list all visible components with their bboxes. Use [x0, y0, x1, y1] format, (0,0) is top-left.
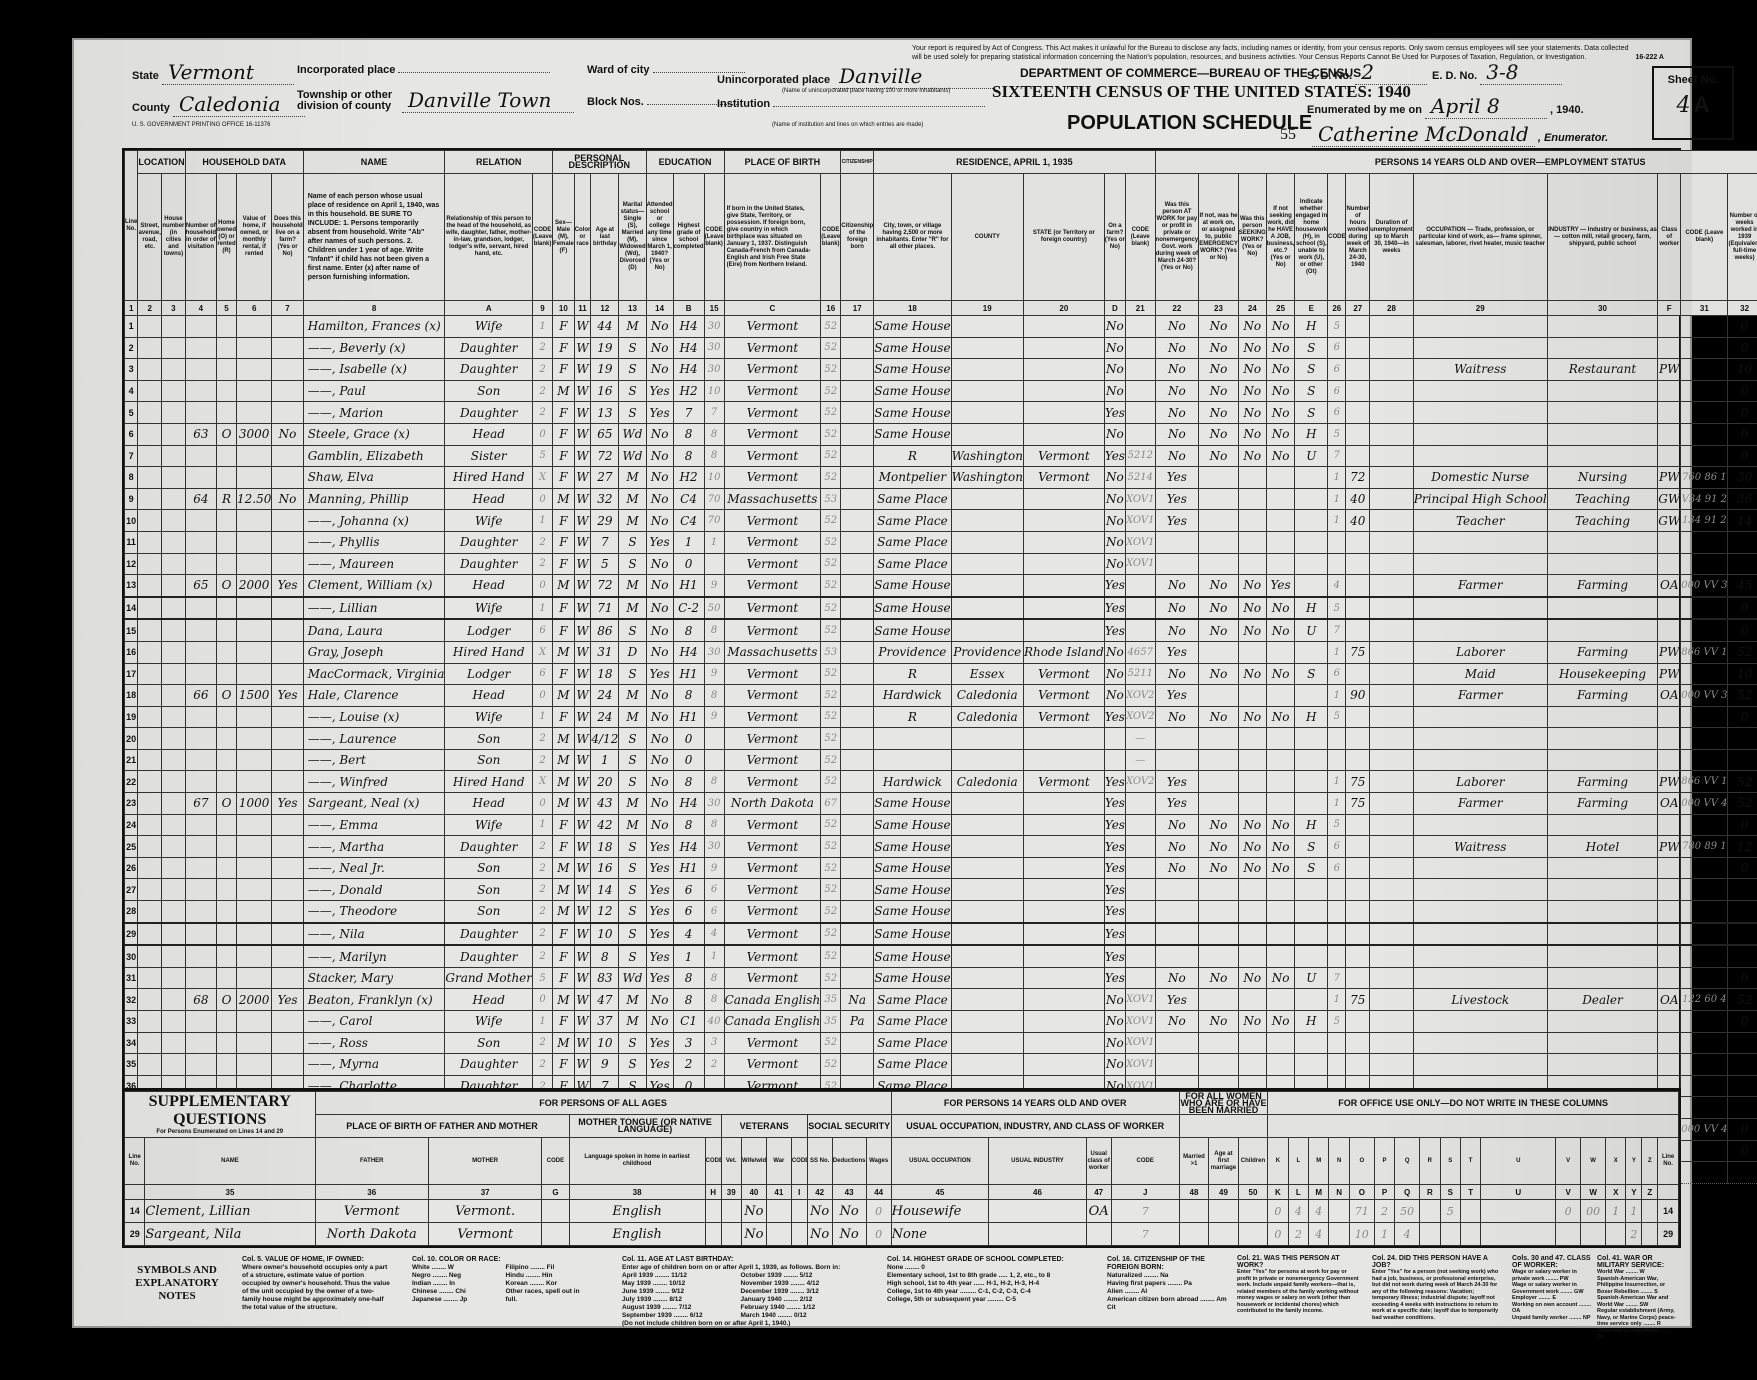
cell-birth[interactable]: Vermont — [724, 923, 821, 946]
cell-c2[interactable] — [162, 510, 186, 532]
cell-f[interactable] — [1681, 1011, 1728, 1033]
cell-w21[interactable] — [1155, 1054, 1199, 1076]
cell-e[interactable] — [1328, 945, 1346, 967]
cell-dur[interactable] — [1370, 337, 1414, 359]
cell-w21[interactable]: Yes — [1155, 771, 1199, 793]
cell-f[interactable]: 000 VV 3 — [1681, 575, 1728, 597]
cell-c[interactable]: 52 — [821, 685, 841, 707]
cell-b[interactable]: 10 — [704, 467, 724, 489]
cell-c[interactable]: 52 — [821, 879, 841, 901]
cell-county[interactable] — [951, 728, 1023, 750]
cell-w23[interactable] — [1238, 945, 1266, 967]
cell-val[interactable] — [237, 467, 272, 489]
cell-e[interactable] — [1328, 749, 1346, 771]
cell-w25[interactable] — [1295, 771, 1328, 793]
cell-race[interactable]: W — [574, 749, 591, 771]
cell-w22[interactable] — [1199, 793, 1239, 815]
cell-wks[interactable] — [1728, 879, 1757, 901]
cell-d[interactable]: 5214 — [1125, 467, 1155, 489]
cell-c2[interactable] — [162, 337, 186, 359]
cell-dur[interactable] — [1370, 945, 1414, 967]
cell-sex[interactable]: F — [553, 945, 575, 967]
cell-onfarm[interactable]: Yes — [1104, 597, 1125, 620]
supp-cell-w48[interactable] — [1179, 1200, 1208, 1223]
cell-w24[interactable]: No — [1266, 402, 1295, 424]
cell-c[interactable]: 52 — [821, 923, 841, 946]
cell-birth[interactable]: Vermont — [724, 901, 821, 923]
cell-cit[interactable] — [841, 619, 874, 641]
cell-c1[interactable] — [138, 879, 162, 901]
cell-e[interactable]: 1 — [1328, 510, 1346, 532]
cell-hh[interactable] — [185, 380, 216, 402]
cell-f[interactable] — [1681, 1162, 1728, 1184]
cell-farm[interactable] — [272, 402, 303, 424]
cell-grade[interactable]: H1 — [673, 706, 704, 728]
cell-w25[interactable] — [1295, 901, 1328, 923]
cell-w22[interactable] — [1199, 1032, 1239, 1054]
cell-cls[interactable] — [1658, 445, 1681, 467]
cell-a[interactable]: 2 — [533, 728, 553, 750]
cell-hh[interactable] — [185, 445, 216, 467]
cell-f[interactable] — [1681, 359, 1728, 381]
cell-onfarm[interactable]: No — [1104, 423, 1125, 445]
cell-rel[interactable]: Son — [445, 380, 533, 402]
cell-c[interactable]: 52 — [821, 814, 841, 836]
cell-own[interactable]: O — [217, 575, 237, 597]
cell-w23[interactable] — [1238, 749, 1266, 771]
supp-cell-name[interactable]: Sargeant, Nila — [145, 1223, 315, 1246]
cell-occ[interactable] — [1413, 337, 1547, 359]
cell-wks[interactable]: 0 — [1728, 706, 1757, 728]
cell-c1[interactable] — [138, 945, 162, 967]
cell-name[interactable]: ——, Marion — [303, 402, 445, 424]
cell-f[interactable] — [1681, 531, 1728, 553]
cell-mar[interactable]: S — [619, 901, 646, 923]
cell-w25[interactable]: S — [1295, 836, 1328, 858]
cell-birth[interactable]: North Dakota — [724, 793, 821, 815]
cell-c2[interactable] — [162, 901, 186, 923]
enumerator-name[interactable]: Catherine McDonald — [1312, 122, 1535, 147]
cell-city[interactable]: Same House — [874, 923, 951, 946]
cell-w22[interactable]: No — [1199, 445, 1239, 467]
cell-cls[interactable] — [1658, 380, 1681, 402]
cell-b[interactable]: 8 — [704, 685, 724, 707]
cell-hh[interactable] — [185, 597, 216, 620]
supp-cell-ind[interactable] — [989, 1223, 1087, 1246]
cell-own[interactable] — [217, 619, 237, 641]
cell-w21[interactable]: No — [1155, 316, 1199, 338]
cell-sch[interactable]: No — [646, 423, 673, 445]
cell-cit[interactable] — [841, 575, 874, 597]
cell-name[interactable]: ——, Emma — [303, 814, 445, 836]
cell-wks[interactable] — [1728, 749, 1757, 771]
cell-ind[interactable] — [1547, 749, 1658, 771]
cell-c1[interactable] — [138, 706, 162, 728]
cell-city[interactable]: R — [874, 706, 951, 728]
cell-w25[interactable]: S — [1295, 663, 1328, 685]
cell-dur[interactable] — [1370, 553, 1414, 575]
cell-val[interactable] — [237, 1054, 272, 1076]
cell-sch[interactable]: Yes — [646, 923, 673, 946]
cell-occ[interactable] — [1413, 619, 1547, 641]
cell-hrs[interactable] — [1346, 1011, 1370, 1033]
cell-rel[interactable]: Daughter — [445, 923, 533, 946]
cell-rel[interactable]: Son — [445, 901, 533, 923]
cell-cls[interactable] — [1658, 597, 1681, 620]
cell-city[interactable]: Same House — [874, 619, 951, 641]
cell-w22[interactable]: No — [1199, 337, 1239, 359]
cell-wks[interactable]: 0 — [1728, 445, 1757, 467]
cell-rel[interactable]: Head — [445, 793, 533, 815]
cell-hh[interactable] — [185, 663, 216, 685]
cell-wks[interactable]: 0 — [1728, 402, 1757, 424]
cell-st[interactable] — [1023, 879, 1104, 901]
cell-cit[interactable] — [841, 597, 874, 620]
cell-c1[interactable] — [138, 488, 162, 510]
cell-d[interactable]: XOV2 — [1125, 706, 1155, 728]
cell-own[interactable] — [217, 728, 237, 750]
cell-e[interactable]: 5 — [1328, 316, 1346, 338]
cell-county[interactable] — [951, 857, 1023, 879]
cell-cls[interactable]: PW — [1658, 836, 1681, 858]
cell-sch[interactable]: No — [646, 989, 673, 1011]
cell-occ[interactable] — [1413, 553, 1547, 575]
cell-w25[interactable]: U — [1295, 619, 1328, 641]
cell-grade[interactable]: H4 — [673, 316, 704, 338]
cell-sch[interactable]: Yes — [646, 663, 673, 685]
cell-county[interactable] — [951, 423, 1023, 445]
cell-sex[interactable]: M — [553, 749, 575, 771]
cell-st[interactable]: Vermont — [1023, 685, 1104, 707]
cell-grade[interactable]: 1 — [673, 945, 704, 967]
cell-a[interactable]: 6 — [533, 663, 553, 685]
cell-hrs[interactable]: 75 — [1346, 989, 1370, 1011]
ed-value[interactable]: 3-8 — [1480, 60, 1562, 85]
cell-race[interactable]: W — [574, 445, 591, 467]
cell-race[interactable]: W — [574, 967, 591, 989]
cell-race[interactable]: W — [574, 663, 591, 685]
cell-occ[interactable] — [1413, 1032, 1547, 1054]
cell-a[interactable]: 6 — [533, 619, 553, 641]
cell-sex[interactable]: M — [553, 641, 575, 663]
cell-occ[interactable] — [1413, 531, 1547, 553]
cell-d[interactable]: XOV1 — [1125, 510, 1155, 532]
cell-a[interactable]: 2 — [533, 945, 553, 967]
cell-cit[interactable] — [841, 945, 874, 967]
cell-name[interactable]: ——, Theodore — [303, 901, 445, 923]
cell-rel[interactable]: Lodger — [445, 663, 533, 685]
cell-rel[interactable]: Hired Hand — [445, 641, 533, 663]
cell-own[interactable] — [217, 510, 237, 532]
cell-w25[interactable] — [1295, 1032, 1328, 1054]
cell-wks[interactable] — [1728, 1075, 1757, 1097]
cell-sch[interactable]: Yes — [646, 380, 673, 402]
cell-val[interactable] — [237, 510, 272, 532]
cell-c2[interactable] — [162, 445, 186, 467]
cell-city[interactable]: Same House — [874, 901, 951, 923]
cell-age[interactable]: 32 — [591, 488, 619, 510]
cell-c2[interactable] — [162, 663, 186, 685]
cell-grade[interactable]: 0 — [673, 728, 704, 750]
cell-city[interactable]: R — [874, 663, 951, 685]
cell-c2[interactable] — [162, 597, 186, 620]
cell-w25[interactable] — [1295, 488, 1328, 510]
cell-w23[interactable] — [1238, 685, 1266, 707]
cell-c1[interactable] — [138, 901, 162, 923]
cell-mar[interactable]: M — [619, 467, 646, 489]
cell-mar[interactable]: M — [619, 316, 646, 338]
cell-w22[interactable] — [1199, 531, 1239, 553]
supp-cell-j[interactable]: 7 — [1111, 1223, 1179, 1246]
cell-occ[interactable] — [1413, 728, 1547, 750]
cell-rel[interactable]: Head — [445, 488, 533, 510]
cell-sex[interactable]: M — [553, 901, 575, 923]
cell-onfarm[interactable]: Yes — [1104, 879, 1125, 901]
cell-race[interactable]: W — [574, 359, 591, 381]
cell-wks[interactable]: 0 — [1728, 380, 1757, 402]
cell-birth[interactable]: Vermont — [724, 445, 821, 467]
cell-farm[interactable] — [272, 553, 303, 575]
cell-county[interactable] — [951, 989, 1023, 1011]
cell-w21[interactable]: No — [1155, 836, 1199, 858]
cell-f[interactable]: 866 VV 1 — [1681, 771, 1728, 793]
cell-w25[interactable]: H — [1295, 316, 1328, 338]
cell-cls[interactable] — [1658, 337, 1681, 359]
cell-grade[interactable]: 1 — [673, 531, 704, 553]
cell-b[interactable]: 70 — [704, 488, 724, 510]
cell-st[interactable] — [1023, 728, 1104, 750]
cell-race[interactable]: W — [574, 488, 591, 510]
cell-st[interactable] — [1023, 380, 1104, 402]
cell-farm[interactable] — [272, 619, 303, 641]
cell-w24[interactable] — [1266, 771, 1295, 793]
cell-w23[interactable] — [1238, 728, 1266, 750]
cell-race[interactable]: W — [574, 380, 591, 402]
supp-cell-z[interactable] — [1642, 1200, 1658, 1223]
cell-c2[interactable] — [162, 879, 186, 901]
cell-sex[interactable]: F — [553, 836, 575, 858]
cell-onfarm[interactable] — [1104, 728, 1125, 750]
cell-farm[interactable] — [272, 1011, 303, 1033]
cell-mar[interactable]: M — [619, 706, 646, 728]
cell-mar[interactable]: M — [619, 510, 646, 532]
cell-hh[interactable] — [185, 923, 216, 946]
cell-county[interactable] — [951, 510, 1023, 532]
cell-c1[interactable] — [138, 967, 162, 989]
cell-mar[interactable]: S — [619, 1032, 646, 1054]
cell-cit[interactable] — [841, 857, 874, 879]
cell-c2[interactable] — [162, 814, 186, 836]
cell-e[interactable]: 1 — [1328, 793, 1346, 815]
cell-w24[interactable]: No — [1266, 597, 1295, 620]
cell-hh[interactable] — [185, 359, 216, 381]
cell-w21[interactable]: No — [1155, 814, 1199, 836]
cell-cls[interactable]: OA — [1658, 793, 1681, 815]
cell-name[interactable]: ——, Johanna (x) — [303, 510, 445, 532]
cell-sex[interactable]: M — [553, 857, 575, 879]
cell-w23[interactable]: No — [1238, 967, 1266, 989]
cell-c2[interactable] — [162, 380, 186, 402]
cell-sch[interactable]: Yes — [646, 1054, 673, 1076]
cell-birth[interactable]: Vermont — [724, 728, 821, 750]
cell-onfarm[interactable]: Yes — [1104, 575, 1125, 597]
supp-cell-w[interactable] — [1581, 1223, 1606, 1246]
cell-a[interactable]: 2 — [533, 1032, 553, 1054]
cell-farm[interactable] — [272, 836, 303, 858]
cell-name[interactable]: ——, Phyllis — [303, 531, 445, 553]
cell-a[interactable]: 2 — [533, 531, 553, 553]
cell-w23[interactable] — [1238, 488, 1266, 510]
supp-cell-p[interactable]: 2 — [1374, 1200, 1394, 1223]
cell-w21[interactable] — [1155, 553, 1199, 575]
cell-c[interactable]: 67 — [821, 793, 841, 815]
cell-c[interactable]: 52 — [821, 553, 841, 575]
cell-birth[interactable]: Vermont — [724, 749, 821, 771]
cell-onfarm[interactable]: No — [1104, 685, 1125, 707]
cell-w21[interactable]: No — [1155, 1011, 1199, 1033]
cell-mar[interactable]: S — [619, 879, 646, 901]
cell-w25[interactable] — [1295, 989, 1328, 1011]
cell-rel[interactable]: Daughter — [445, 836, 533, 858]
cell-c2[interactable] — [162, 488, 186, 510]
cell-age[interactable]: 71 — [591, 597, 619, 620]
cell-f[interactable] — [1681, 879, 1728, 901]
cell-onfarm[interactable]: No — [1104, 510, 1125, 532]
cell-w21[interactable]: No — [1155, 359, 1199, 381]
cell-w23[interactable] — [1238, 467, 1266, 489]
cell-b[interactable]: 1 — [704, 945, 724, 967]
cell-occ[interactable] — [1413, 901, 1547, 923]
cell-ind[interactable] — [1547, 423, 1658, 445]
cell-race[interactable]: W — [574, 793, 591, 815]
cell-wks[interactable] — [1728, 1054, 1757, 1076]
cell-mar[interactable]: S — [619, 857, 646, 879]
cell-grade[interactable]: 8 — [673, 989, 704, 1011]
cell-val[interactable] — [237, 1011, 272, 1033]
cell-mar[interactable]: M — [619, 1011, 646, 1033]
cell-occ[interactable]: Laborer — [1413, 771, 1547, 793]
cell-st[interactable] — [1023, 836, 1104, 858]
cell-ind[interactable] — [1547, 445, 1658, 467]
cell-d[interactable] — [1125, 901, 1155, 923]
cell-wks[interactable]: 52 — [1728, 989, 1757, 1011]
cell-rel[interactable]: Head — [445, 423, 533, 445]
cell-birth[interactable]: Vermont — [724, 402, 821, 424]
cell-a[interactable]: X — [533, 641, 553, 663]
cell-age[interactable]: 4/12 — [591, 728, 619, 750]
cell-st[interactable] — [1023, 989, 1104, 1011]
supp-cell-t[interactable] — [1460, 1200, 1480, 1223]
cell-w25[interactable]: U — [1295, 445, 1328, 467]
cell-city[interactable] — [874, 728, 951, 750]
cell-rel[interactable]: Head — [445, 685, 533, 707]
cell-birth[interactable]: Vermont — [724, 879, 821, 901]
cell-county[interactable] — [951, 967, 1023, 989]
cell-e[interactable]: 7 — [1328, 619, 1346, 641]
cell-birth[interactable]: Vermont — [724, 337, 821, 359]
cell-c1[interactable] — [138, 728, 162, 750]
cell-e[interactable]: 6 — [1328, 359, 1346, 381]
cell-county[interactable]: Essex — [951, 663, 1023, 685]
cell-c[interactable]: 52 — [821, 619, 841, 641]
cell-mar[interactable]: M — [619, 793, 646, 815]
cell-w23[interactable]: No — [1238, 663, 1266, 685]
cell-b[interactable]: 8 — [704, 771, 724, 793]
cell-farm[interactable] — [272, 380, 303, 402]
cell-sch[interactable]: No — [646, 316, 673, 338]
cell-cls[interactable] — [1658, 1011, 1681, 1033]
cell-ind[interactable] — [1547, 945, 1658, 967]
cell-birth[interactable]: Vermont — [724, 1032, 821, 1054]
cell-own[interactable] — [217, 531, 237, 553]
cell-sex[interactable]: F — [553, 619, 575, 641]
cell-sex[interactable]: M — [553, 879, 575, 901]
cell-rel[interactable]: Daughter — [445, 402, 533, 424]
cell-county[interactable] — [951, 879, 1023, 901]
cell-occ[interactable]: Farmer — [1413, 793, 1547, 815]
cell-occ[interactable]: Maid — [1413, 663, 1547, 685]
cell-sex[interactable]: F — [553, 1054, 575, 1076]
cell-val[interactable] — [237, 728, 272, 750]
cell-c1[interactable] — [138, 531, 162, 553]
cell-w25[interactable] — [1295, 510, 1328, 532]
cell-st[interactable] — [1023, 619, 1104, 641]
cell-own[interactable]: O — [217, 423, 237, 445]
cell-farm[interactable] — [272, 749, 303, 771]
cell-w23[interactable]: No — [1238, 316, 1266, 338]
cell-name[interactable]: ——, Winfred — [303, 771, 445, 793]
cell-sch[interactable]: Yes — [646, 879, 673, 901]
cell-sch[interactable]: No — [646, 467, 673, 489]
cell-val[interactable] — [237, 597, 272, 620]
cell-sch[interactable]: No — [646, 619, 673, 641]
cell-hh[interactable] — [185, 857, 216, 879]
cell-a[interactable]: 1 — [533, 510, 553, 532]
cell-ind[interactable] — [1547, 706, 1658, 728]
cell-c[interactable]: 52 — [821, 1054, 841, 1076]
cell-name[interactable]: ——, Isabelle (x) — [303, 359, 445, 381]
cell-county[interactable]: Caledonia — [951, 771, 1023, 793]
cell-w22[interactable]: No — [1199, 359, 1239, 381]
cell-onfarm[interactable]: No — [1104, 531, 1125, 553]
cell-st[interactable]: Vermont — [1023, 445, 1104, 467]
cell-birth[interactable]: Vermont — [724, 467, 821, 489]
cell-occ[interactable] — [1413, 749, 1547, 771]
cell-city[interactable]: Same House — [874, 316, 951, 338]
cell-onfarm[interactable]: Yes — [1104, 793, 1125, 815]
cell-rel[interactable]: Wife — [445, 1011, 533, 1033]
cell-ind[interactable]: Nursing — [1547, 467, 1658, 489]
cell-onfarm[interactable]: No — [1104, 641, 1125, 663]
cell-c[interactable]: 52 — [821, 445, 841, 467]
cell-e[interactable]: 1 — [1328, 989, 1346, 1011]
cell-w25[interactable] — [1295, 641, 1328, 663]
cell-w21[interactable]: No — [1155, 663, 1199, 685]
cell-e[interactable]: 5 — [1328, 597, 1346, 620]
cell-hh[interactable] — [185, 836, 216, 858]
cell-c1[interactable] — [138, 575, 162, 597]
cell-hh[interactable] — [185, 641, 216, 663]
cell-sch[interactable]: No — [646, 641, 673, 663]
cell-d[interactable]: XOV2 — [1125, 771, 1155, 793]
cell-farm[interactable] — [272, 597, 303, 620]
cell-cls[interactable] — [1658, 423, 1681, 445]
cell-e[interactable]: 4 — [1328, 575, 1346, 597]
cell-wks[interactable] — [1728, 923, 1757, 946]
cell-c[interactable]: 52 — [821, 857, 841, 879]
cell-onfarm[interactable]: Yes — [1104, 706, 1125, 728]
cell-cit[interactable] — [841, 728, 874, 750]
